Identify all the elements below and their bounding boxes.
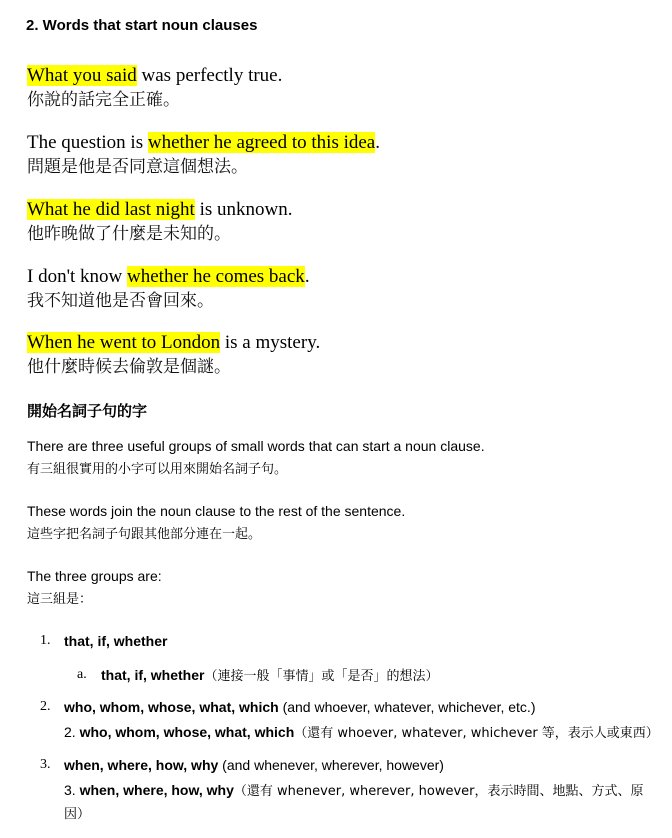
paragraph-3-en: The three groups are:: [27, 567, 162, 585]
example-translation-4: 我不知道他是否會回來。: [27, 290, 214, 312]
highlighted-clause: whether he agreed to this idea: [148, 132, 375, 153]
example-sentence-5: When he went to London is a mystery.: [27, 332, 320, 354]
example-translation-2: 問題是他是否同意這個想法。: [27, 156, 248, 178]
section-title: 2. Words that start noun clauses: [26, 17, 257, 34]
example-translation-3: 他昨晚做了什麼是未知的。: [27, 223, 231, 245]
paragraph-2-en: These words join the noun clause to the …: [27, 502, 405, 520]
example-sentence-1: What you said was perfectly true.: [27, 65, 282, 87]
list-marker-1: 1.: [40, 633, 51, 649]
list-marker-3: 3.: [40, 757, 51, 773]
group-2-words: who, whom, whose, what, which (and whoev…: [64, 698, 536, 716]
highlighted-clause: What he did last night: [27, 199, 195, 220]
paragraph-3-zh: 這三組是：: [27, 591, 92, 609]
example-sentence-4: I don't know whether he comes back.: [27, 266, 310, 288]
group-3-translation-cont: 因）: [64, 806, 90, 824]
example-translation-1: 你說的話完全正確。: [27, 89, 180, 111]
paragraph-1-zh: 有三組很實用的小字可以用來開始名詞子句。: [27, 461, 287, 479]
sublist-marker-a: a.: [77, 667, 87, 683]
group-1-sub: that, if, whether（連接一般「事情」或「是否」的想法）: [101, 666, 438, 686]
group-2-translation: 2. who, whom, whose, what, which（還有 whoe…: [64, 723, 659, 743]
example-sentence-3: What he did last night is unknown.: [27, 199, 292, 221]
highlighted-clause: What you said: [27, 65, 137, 86]
paragraph-2-zh: 這些字把名詞子句跟其他部分連在一起。: [27, 526, 261, 544]
group-1-words: that, if, whether: [64, 632, 167, 650]
example-translation-5: 他什麼時候去倫敦是個謎。: [27, 356, 231, 378]
example-sentence-2: The question is whether he agreed to thi…: [27, 132, 380, 154]
group-3-translation: 3. when, where, how, why（還有 whenever, wh…: [64, 781, 644, 801]
group-3-words: when, where, how, why (and whenever, whe…: [64, 756, 444, 774]
list-marker-2: 2.: [40, 699, 51, 715]
paragraph-1-en: There are three useful groups of small w…: [27, 437, 485, 455]
subheading: 開始名詞子句的字: [27, 400, 147, 421]
highlighted-clause: whether he comes back: [127, 266, 305, 287]
highlighted-clause: When he went to London: [27, 332, 220, 353]
